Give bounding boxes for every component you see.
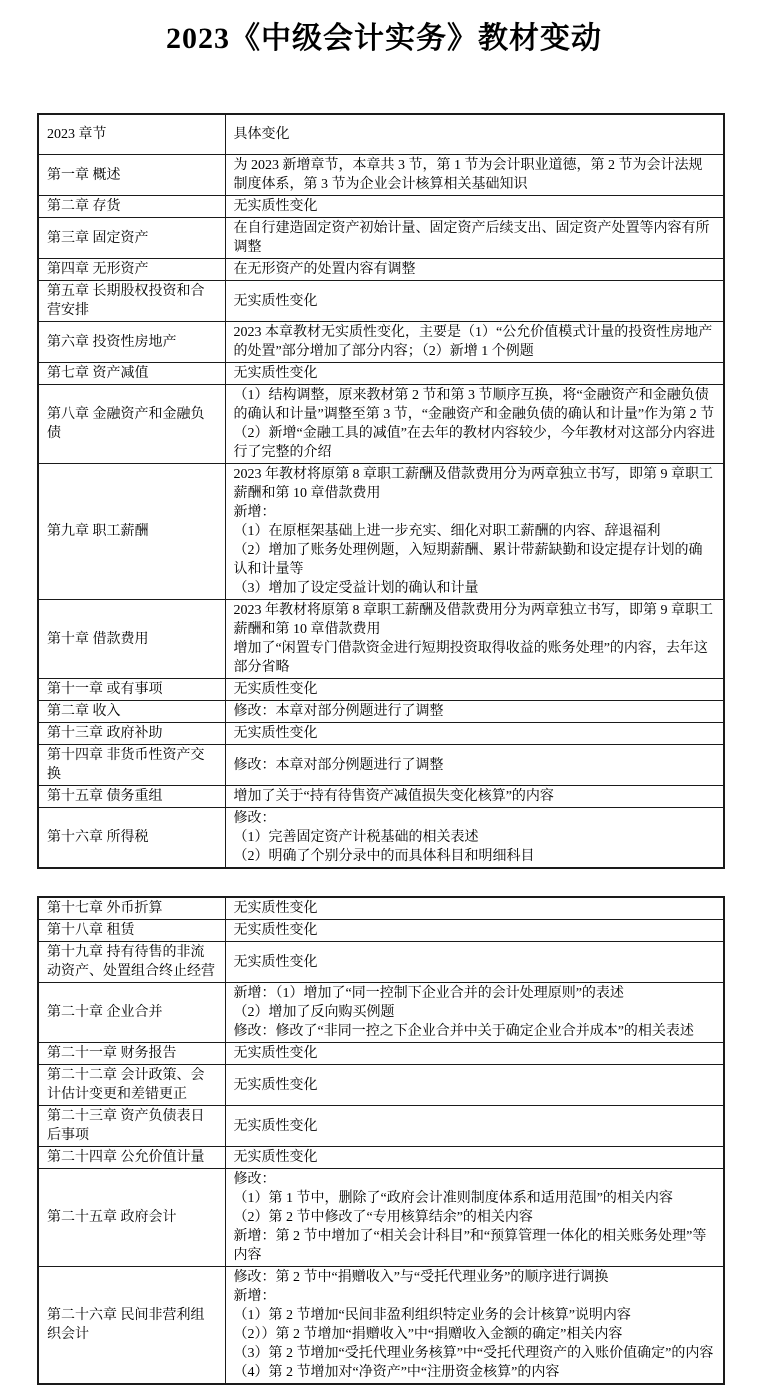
change-line: 增加了关于“持有待售资产减值损失变化核算”的内容 <box>234 787 716 806</box>
change-cell: 在自行建造固定资产初始计量、固定资产后续支出、固定资产处置等内容有所调整 <box>225 218 724 259</box>
change-line: 新增： <box>234 503 716 522</box>
change-line: 在自行建造固定资产初始计量、固定资产后续支出、固定资产处置等内容有所调整 <box>234 219 716 257</box>
change-cell: 为 2023 新增章节，本章共 3 节，第 1 节为会计职业道德，第 2 节为会… <box>225 155 724 196</box>
change-line: 修改： <box>234 809 716 828</box>
chapter-cell: 第二十四章 公允价值计量 <box>38 1147 225 1169</box>
chapter-cell: 第十七章 外币折算 <box>38 897 225 920</box>
chapter-cell: 第一章 概述 <box>38 155 225 196</box>
table-row: 第七章 资产减值无实质性变化 <box>38 363 724 385</box>
chapter-cell: 第二章 收入 <box>38 701 225 723</box>
change-line: 无实质性变化 <box>234 292 716 311</box>
change-line: （1）完善固定资产计税基础的相关表述 <box>234 828 716 847</box>
changes-column-header: 具体变化 <box>225 114 724 155</box>
change-line: （2）第 2 节中修改了“专用核算结余”的相关内容 <box>234 1208 716 1227</box>
table-row: 第十六章 所得税修改：（1）完善固定资产计税基础的相关表述（2）明确了个别分录中… <box>38 808 724 869</box>
change-line: 无实质性变化 <box>234 364 716 383</box>
chapter-cell: 第二十二章 会计政策、会计估计变更和差错更正 <box>38 1065 225 1106</box>
change-line: 修改：本章对部分例题进行了调整 <box>234 702 716 721</box>
change-cell: 无实质性变化 <box>225 1147 724 1169</box>
chapter-cell: 第十六章 所得税 <box>38 808 225 869</box>
chapter-cell: 第四章 无形资产 <box>38 259 225 281</box>
change-line: （1）第 1 节中，删除了“政府会计准则制度体系和适用范围”的相关内容 <box>234 1189 716 1208</box>
textbook-changes-table-1: 2023 章节具体变化第一章 概述为 2023 新增章节，本章共 3 节，第 1… <box>37 113 725 869</box>
change-line: 无实质性变化 <box>234 1117 716 1136</box>
change-line: 修改：第 2 节中“捐赠收入”与“受托代理业务”的顺序进行调换 <box>234 1268 716 1287</box>
change-cell: 无实质性变化 <box>225 1065 724 1106</box>
table-2-body: 第十七章 外币折算无实质性变化第十八章 租赁无实质性变化第十九章 持有待售的非流… <box>38 897 724 1384</box>
textbook-changes-table-2: 第十七章 外币折算无实质性变化第十八章 租赁无实质性变化第十九章 持有待售的非流… <box>37 896 725 1385</box>
change-cell: 修改：（1）第 1 节中，删除了“政府会计准则制度体系和适用范围”的相关内容（2… <box>225 1169 724 1267</box>
table-row: 第十章 借款费用2023 年教材将原第 8 章职工薪酬及借款费用分为两章独立书写… <box>38 600 724 679</box>
table-1-body: 2023 章节具体变化第一章 概述为 2023 新增章节，本章共 3 节，第 1… <box>38 114 724 868</box>
table-row: 第十三章 政府补助无实质性变化 <box>38 723 724 745</box>
change-cell: （1）结构调整，原来教材第 2 节和第 3 节顺序互换，将“金融资产和金融负债的… <box>225 385 724 464</box>
change-line: （4）第 2 节增加对“净资产”中“注册资金核算”的内容 <box>234 1363 716 1382</box>
chapter-cell: 第十三章 政府补助 <box>38 723 225 745</box>
change-cell: 无实质性变化 <box>225 196 724 218</box>
change-line: 无实质性变化 <box>234 680 716 699</box>
change-line: （1）在原框架基础上进一步充实、细化对职工薪酬的内容、辞退福利 <box>234 522 716 541</box>
chapter-cell: 第二十五章 政府会计 <box>38 1169 225 1267</box>
change-line: （1）结构调整，原来教材第 2 节和第 3 节顺序互换，将“金融资产和金融负债的… <box>234 386 716 424</box>
table-row: 第四章 无形资产在无形资产的处置内容有调整 <box>38 259 724 281</box>
change-cell: 修改：本章对部分例题进行了调整 <box>225 745 724 786</box>
chapter-cell: 第十章 借款费用 <box>38 600 225 679</box>
change-line: 无实质性变化 <box>234 1148 716 1167</box>
table-row: 第二章 收入修改：本章对部分例题进行了调整 <box>38 701 724 723</box>
table-row: 第十九章 持有待售的非流动资产、处置组合终止经营无实质性变化 <box>38 942 724 983</box>
chapter-cell: 第六章 投资性房地产 <box>38 322 225 363</box>
change-cell: 无实质性变化 <box>225 363 724 385</box>
table-row: 第二十三章 资产负债表日后事项无实质性变化 <box>38 1106 724 1147</box>
change-cell: 无实质性变化 <box>225 897 724 920</box>
change-cell: 无实质性变化 <box>225 942 724 983</box>
change-line: （3）第 2 节增加“受托代理业务核算”中“受托代理资产的入账价值确定”的内容 <box>234 1344 716 1363</box>
table-header-row: 2023 章节具体变化 <box>38 114 724 155</box>
change-cell: 增加了关于“持有待售资产减值损失变化核算”的内容 <box>225 786 724 808</box>
change-cell: 修改：第 2 节中“捐赠收入”与“受托代理业务”的顺序进行调换新增：（1）第 2… <box>225 1267 724 1385</box>
change-cell: 无实质性变化 <box>225 281 724 322</box>
change-line: 2023 年教材将原第 8 章职工薪酬及借款费用分为两章独立书写，即第 9 章职… <box>234 601 716 639</box>
change-cell: 修改：（1）完善固定资产计税基础的相关表述（2）明确了个别分录中的而具体科目和明… <box>225 808 724 869</box>
change-line: 在无形资产的处置内容有调整 <box>234 260 716 279</box>
change-cell: 新增：（1）增加了“同一控制下企业合并的会计处理原则”的表述（2）增加了反向购买… <box>225 983 724 1043</box>
change-line: 修改：本章对部分例题进行了调整 <box>234 756 716 775</box>
change-cell: 2023 本章教材无实质性变化，主要是（1）“公允价值模式计量的投资性房地产的处… <box>225 322 724 363</box>
chapter-cell: 第二十一章 财务报告 <box>38 1043 225 1065</box>
change-line: 增加了“闲置专门借款资金进行短期投资取得收益的账务处理”的内容，去年这部分省略 <box>234 639 716 677</box>
chapter-cell: 第十九章 持有待售的非流动资产、处置组合终止经营 <box>38 942 225 983</box>
change-line: （2）新增“金融工具的减值”在去年的教材内容较少，今年教材对这部分内容进行了完整… <box>234 424 716 462</box>
chapter-cell: 第二章 存货 <box>38 196 225 218</box>
change-cell: 无实质性变化 <box>225 723 724 745</box>
table-row: 第二十五章 政府会计修改：（1）第 1 节中，删除了“政府会计准则制度体系和适用… <box>38 1169 724 1267</box>
table-row: 第二十六章 民间非营利组织会计修改：第 2 节中“捐赠收入”与“受托代理业务”的… <box>38 1267 724 1385</box>
change-line: 无实质性变化 <box>234 1076 716 1095</box>
table-row: 第十五章 债务重组增加了关于“持有待售资产减值损失变化核算”的内容 <box>38 786 724 808</box>
chapter-cell: 第二十章 企业合并 <box>38 983 225 1043</box>
table-row: 第二十章 企业合并新增：（1）增加了“同一控制下企业合并的会计处理原则”的表述（… <box>38 983 724 1043</box>
change-line: 无实质性变化 <box>234 724 716 743</box>
chapter-column-header: 2023 章节 <box>38 114 225 155</box>
change-cell: 无实质性变化 <box>225 920 724 942</box>
change-line: （2）增加了账务处理例题，入短期薪酬、累计带薪缺勤和设定提存计划的确认和计量等 <box>234 541 716 579</box>
document-page: 2023《中级会计实务》教材变动 2023 章节具体变化第一章 概述为 2023… <box>0 0 768 1400</box>
chapter-cell: 第十八章 租赁 <box>38 920 225 942</box>
change-line: （1）第 2 节增加“民间非盈利组织特定业务的会计核算”说明内容 <box>234 1306 716 1325</box>
table-row: 第八章 金融资产和金融负债（1）结构调整，原来教材第 2 节和第 3 节顺序互换… <box>38 385 724 464</box>
table-row: 第二十二章 会计政策、会计估计变更和差错更正无实质性变化 <box>38 1065 724 1106</box>
table-row: 第二章 存货无实质性变化 <box>38 196 724 218</box>
chapter-cell: 第九章 职工薪酬 <box>38 464 225 600</box>
table-row: 第六章 投资性房地产2023 本章教材无实质性变化，主要是（1）“公允价值模式计… <box>38 322 724 363</box>
chapter-cell: 第十一章 或有事项 <box>38 679 225 701</box>
change-cell: 在无形资产的处置内容有调整 <box>225 259 724 281</box>
table-row: 第二十一章 财务报告无实质性变化 <box>38 1043 724 1065</box>
change-line: 为 2023 新增章节，本章共 3 节，第 1 节为会计职业道德，第 2 节为会… <box>234 156 716 194</box>
change-line: 新增：（1）增加了“同一控制下企业合并的会计处理原则”的表述 <box>234 984 716 1003</box>
change-line: 2023 本章教材无实质性变化，主要是（1）“公允价值模式计量的投资性房地产的处… <box>234 323 716 361</box>
chapter-cell: 第二十六章 民间非营利组织会计 <box>38 1267 225 1385</box>
table-row: 第十一章 或有事项无实质性变化 <box>38 679 724 701</box>
change-line: 修改：修改了“非同一控之下企业合并中关于确定企业合并成本”的相关表述 <box>234 1022 716 1041</box>
chapter-cell: 第三章 固定资产 <box>38 218 225 259</box>
change-line: （2）增加了反向购买例题 <box>234 1003 716 1022</box>
change-line: 无实质性变化 <box>234 953 716 972</box>
table-row: 第一章 概述为 2023 新增章节，本章共 3 节，第 1 节为会计职业道德，第… <box>38 155 724 196</box>
change-line: 无实质性变化 <box>234 197 716 216</box>
table-row: 第十七章 外币折算无实质性变化 <box>38 897 724 920</box>
change-cell: 无实质性变化 <box>225 1043 724 1065</box>
table-row: 第二十四章 公允价值计量无实质性变化 <box>38 1147 724 1169</box>
table-row: 第五章 长期股权投资和合营安排无实质性变化 <box>38 281 724 322</box>
table-row: 第十四章 非货币性资产交换修改：本章对部分例题进行了调整 <box>38 745 724 786</box>
change-line: （2））第 2 节增加“捐赠收入”中“捐赠收入金额的确定”相关内容 <box>234 1325 716 1344</box>
change-line: 新增：第 2 节中增加了“相关会计科目”和“预算管理一体化的相关账务处理”等内容 <box>234 1227 716 1265</box>
change-line: 无实质性变化 <box>234 899 716 918</box>
change-line: 修改： <box>234 1170 716 1189</box>
table-row: 第十八章 租赁无实质性变化 <box>38 920 724 942</box>
table-row: 第三章 固定资产在自行建造固定资产初始计量、固定资产后续支出、固定资产处置等内容… <box>38 218 724 259</box>
change-cell: 无实质性变化 <box>225 679 724 701</box>
chapter-cell: 第二十三章 资产负债表日后事项 <box>38 1106 225 1147</box>
change-line: 2023 年教材将原第 8 章职工薪酬及借款费用分为两章独立书写，即第 9 章职… <box>234 465 716 503</box>
change-line: （3）增加了设定受益计划的确认和计量 <box>234 579 716 598</box>
change-line: 无实质性变化 <box>234 1044 716 1063</box>
change-cell: 2023 年教材将原第 8 章职工薪酬及借款费用分为两章独立书写，即第 9 章职… <box>225 600 724 679</box>
change-line: 无实质性变化 <box>234 921 716 940</box>
chapter-cell: 第五章 长期股权投资和合营安排 <box>38 281 225 322</box>
document-title: 2023《中级会计实务》教材变动 <box>0 20 768 58</box>
table-row: 第九章 职工薪酬2023 年教材将原第 8 章职工薪酬及借款费用分为两章独立书写… <box>38 464 724 600</box>
change-line: 新增： <box>234 1287 716 1306</box>
change-line: （2）明确了个别分录中的而具体科目和明细科目 <box>234 847 716 866</box>
chapter-cell: 第十四章 非货币性资产交换 <box>38 745 225 786</box>
change-cell: 无实质性变化 <box>225 1106 724 1147</box>
change-cell: 修改：本章对部分例题进行了调整 <box>225 701 724 723</box>
chapter-cell: 第八章 金融资产和金融负债 <box>38 385 225 464</box>
chapter-cell: 第十五章 债务重组 <box>38 786 225 808</box>
chapter-cell: 第七章 资产减值 <box>38 363 225 385</box>
change-cell: 2023 年教材将原第 8 章职工薪酬及借款费用分为两章独立书写，即第 9 章职… <box>225 464 724 600</box>
